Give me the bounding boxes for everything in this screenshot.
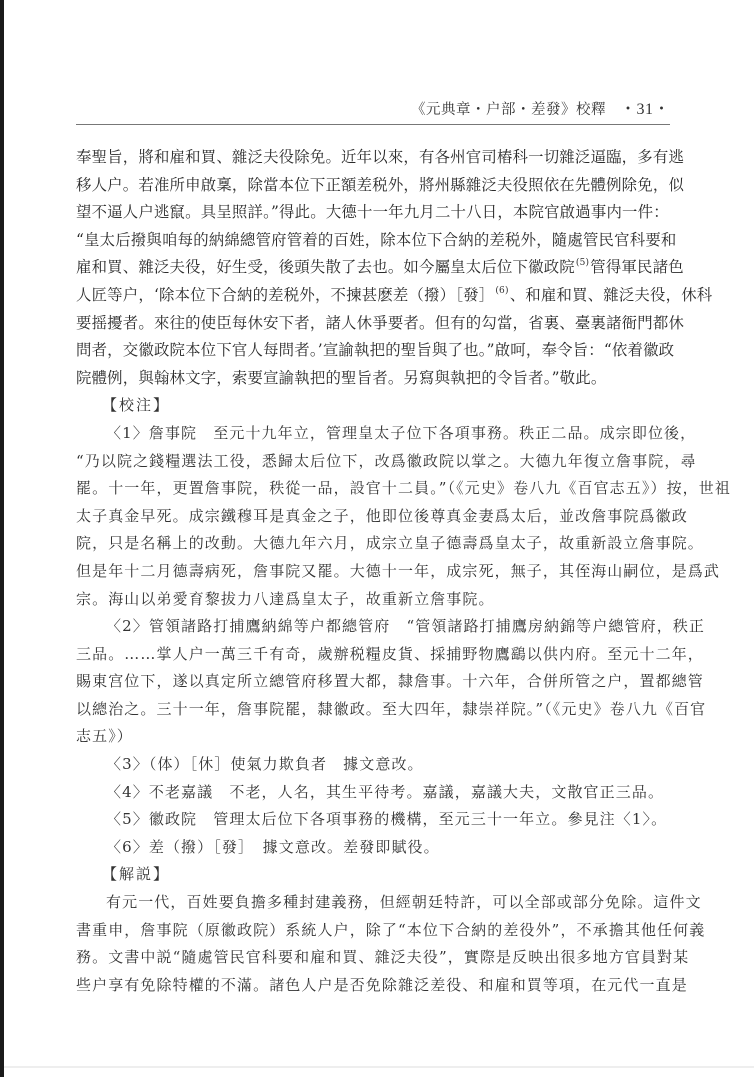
collation-heading: 【校注】 <box>76 392 674 420</box>
text-segment: 管得軍民諸色 <box>590 258 684 276</box>
note-line: 太子真金早死。成宗鐵穆耳是真金之子，他即位後尊真金妻爲太后，並改詹事院爲徽政 <box>76 503 674 531</box>
note-line: 宗。海山以弟愛育黎拔力八達爲皇太子，故重新立詹事院。 <box>76 586 674 614</box>
note-line: 〈1〉詹事院 至元十九年立，管理皇太子位下各項事務。秩正二品。成宗即位後， <box>76 420 674 448</box>
text-line: 要摇擾者。來往的使臣每休安下者，諸人休爭要者。但有的勾當，省裏、臺裏諸衙門都休 <box>76 310 674 338</box>
text-line: 望不逼人户逃竄。具呈照詳。”得此。大德十一年九月二十八日，本院官啟過事内一件： <box>76 199 674 227</box>
note-line: 但是年十二月德壽病死，詹事院又罷。大德十一年，成宗死，無子，其侄海山嗣位，是爲武 <box>76 558 674 586</box>
note-line: 三品。……掌人户一萬三千有奇，歲辦税糧皮貨、採捕野物鷹鷂以供内府。至元十二年， <box>76 641 674 669</box>
scan-page-edge <box>0 0 4 1077</box>
scan-bottom-edge <box>4 1066 754 1068</box>
note-line: 志五》） <box>76 723 674 751</box>
collation-note-4: 〈4〉不老嘉議 不老，人名，其生平待考。嘉議，嘉議大夫，文散官正三品。 <box>76 779 674 807</box>
running-head: 《元典章・户部・差發》校釋・31・ <box>76 96 670 119</box>
commentary: 有元一代，百姓要負擔多種封建義務，但經朝廷特許，可以全部或部分免除。這件文 書重… <box>76 889 674 999</box>
note-line: 〈2〉管領諸路打捕鷹納綿等户都總管府 “管領諸路打捕鷹房納錦等户總管府，秩正 <box>76 613 674 641</box>
text-line: 雇和買、雜泛夫役，好生受，後頭失散了去也。如今屬皇太后位下徽政院(5)管得軍民諸… <box>76 254 674 282</box>
text-segment: 人匠等户，‘除本位下合納的差税外，不揀甚麽差（撥）［發］ <box>76 286 494 304</box>
note-line: 賜東宫位下，遂以真定所立總管府移置大都，隸詹事。十六年，合併所管之户，置都總管 <box>76 668 674 696</box>
text-line: 奉聖旨，將和雇和買、雜泛夫役除免。近年以來，有各州官司樁科一切雜泛逼臨，多有逃 <box>76 144 674 172</box>
commentary-heading: 【解説】 <box>76 861 674 889</box>
text-line: 人匠等户，‘除本位下合納的差税外，不揀甚麽差（撥）［發］(6)、和雇和買、雜泛夫… <box>76 282 674 310</box>
running-head-title: 《元典章・户部・差發》校釋 <box>411 102 606 118</box>
commentary-line: 些户享有免除特權的不滿。諸色人户是否免除雜泛差役、和雇和買等項，在元代一直是 <box>76 972 674 1000</box>
note-line: 以總治之。三十一年，詹事院罷，隸徽政。至大四年，隸崇祥院。”（《元史》卷八九《百… <box>76 696 674 724</box>
commentary-line: 有元一代，百姓要負擔多種封建義務，但經朝廷特許，可以全部或部分免除。這件文 <box>76 889 674 917</box>
header-rule <box>76 124 670 125</box>
text-segment: 、和雇和買、雜泛夫役，休科 <box>510 286 713 304</box>
collation-note-5: 〈5〉徽政院 管理太后位下各項事務的機構，至元三十一年立。參見注〈1〉。 <box>76 806 674 834</box>
text-line: 院體例，與翰林文字，索要宣諭執把的聖旨者。另寫與執把的令旨者。”敬此。 <box>76 365 674 393</box>
main-text: 奉聖旨，將和雇和買、雜泛夫役除免。近年以來，有各州官司樁科一切雜泛逼臨，多有逃 … <box>76 144 674 392</box>
collation-note-2: 〈2〉管領諸路打捕鷹納綿等户都總管府 “管領諸路打捕鷹房納錦等户總管府，秩正 三… <box>76 613 674 751</box>
text-line: 問者，交徽政院本位下官人每問者。’宣諭執把的聖旨與了也。”啟呵，奉令旨：“依着徽… <box>76 337 674 365</box>
collation-note-3: 〈3〉（体）［休］使氣力欺負者 據文意改。 <box>76 751 674 779</box>
text-line: “皇太后撥與咱每的納綿總管府管着的百姓，除本位下合納的差税外，隨處管民官科要和 <box>76 227 674 255</box>
note-marker-6: (6) <box>495 286 508 296</box>
collation-note-6: 〈6〉差（撥）［發］ 據文意改。差發即賦役。 <box>76 834 674 862</box>
note-line: “乃以院之錢糧選法工役，悉歸太后位下，改爲徽政院以掌之。大德九年復立詹事院，尋 <box>76 448 674 476</box>
collation-note-1: 〈1〉詹事院 至元十九年立，管理皇太子位下各項事務。秩正二品。成宗即位後， “乃… <box>76 420 674 613</box>
text-segment: 雇和買、雜泛夫役，好生受，後頭失散了去也。如今屬皇太后位下徽政院 <box>76 258 575 276</box>
page-body: 奉聖旨，將和雇和買、雜泛夫役除免。近年以來，有各州官司樁科一切雜泛逼臨，多有逃 … <box>76 144 674 999</box>
note-line: 罷。十一年，更置詹事院，秩從一品，設官十二員。”（《元史》卷八九《百官志五》）按… <box>76 475 674 503</box>
commentary-line: 務。文書中説“隨處管民官科要和雇和買、雜泛夫役”，實際是反映出很多地方官員對某 <box>76 944 674 972</box>
text-line: 移人户。若准所申啟稟，除當本位下正額差税外，將州縣雜泛夫役照依在先體例除免，似 <box>76 172 674 200</box>
note-line: 院，只是名稱上的改動。大德九年六月，成宗立皇子德壽爲皇太子，故重新設立詹事院。 <box>76 530 674 558</box>
page-number: ・31・ <box>620 101 670 118</box>
note-marker-5: (5) <box>576 258 589 268</box>
commentary-line: 書重申，詹事院（原徽政院）系統人户，除了“本位下合納的差役外”，不承擔其他任何義 <box>76 917 674 945</box>
